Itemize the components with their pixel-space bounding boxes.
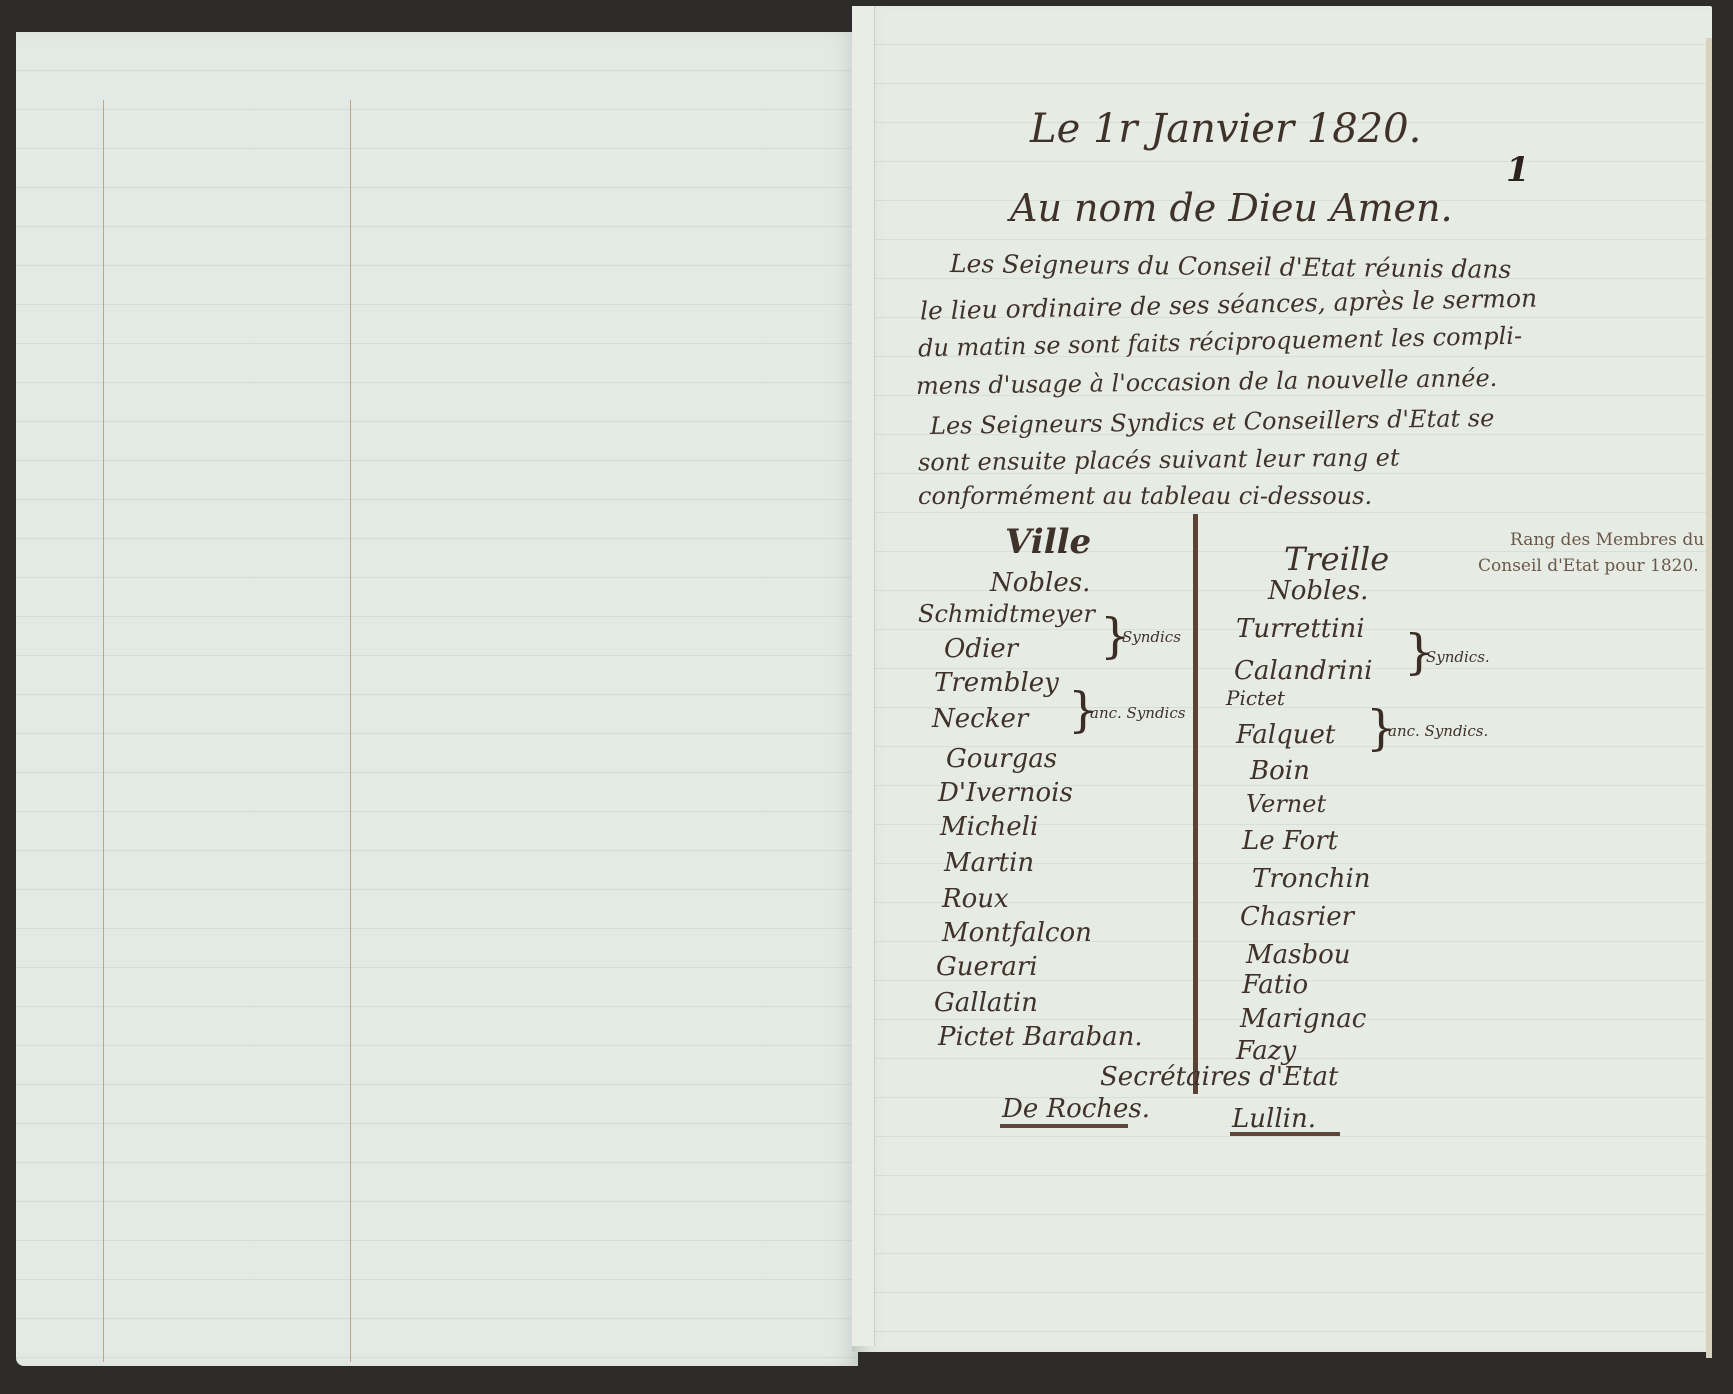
name-entry: Odier — [944, 634, 1018, 664]
column-subheading: Nobles. — [1268, 576, 1368, 606]
margin-note-line: Rang des Membres du — [1510, 530, 1704, 550]
name-entry: Fatio — [1242, 970, 1308, 1000]
name-entry: Calandrini — [1234, 656, 1372, 686]
name-entry: Montfalcon — [942, 918, 1092, 948]
name-entry: Gallatin — [934, 988, 1038, 1018]
bracket-label: Syndics. — [1426, 648, 1490, 666]
name-entry: Pictet — [1226, 686, 1285, 710]
page-gutter — [852, 6, 875, 1346]
name-entry: Marignac — [1240, 1004, 1366, 1034]
name-entry: Necker — [932, 704, 1028, 734]
secretaries-label: Secrétaires d'Etat — [1100, 1062, 1338, 1092]
name-entry: Gourgas — [946, 744, 1057, 774]
name-entry: Trembley — [934, 668, 1059, 698]
secretary-left: De Roches. — [1002, 1094, 1150, 1124]
name-entry: Vernet — [1246, 790, 1326, 818]
bracket-label: Syndics — [1122, 628, 1181, 646]
name-entry: Falquet — [1236, 720, 1335, 750]
column-heading: Ville — [1005, 522, 1091, 562]
name-entry: Schmidtmeyer — [918, 600, 1095, 628]
left-margin-line-1 — [103, 100, 104, 1362]
name-entry: Roux — [942, 884, 1009, 914]
secretary-right: Lullin. — [1232, 1104, 1316, 1134]
left-margin-line-2 — [350, 100, 351, 1362]
name-entry: Martin — [944, 848, 1034, 878]
underline-right — [1230, 1132, 1340, 1136]
bracket-label: anc. Syndics. — [1388, 722, 1488, 740]
name-entry: Tronchin — [1252, 864, 1371, 894]
left-page — [16, 32, 858, 1366]
paragraph-line: conformément au tableau ci-dessous. — [918, 482, 1372, 510]
column-divider — [1193, 514, 1198, 1094]
column-subheading: Nobles. — [990, 568, 1090, 598]
name-entry: Micheli — [940, 812, 1038, 842]
date-heading: Le 1r Janvier 1820. — [1030, 106, 1421, 152]
bracket-label: anc. Syndics — [1090, 704, 1185, 722]
name-entry: Guerari — [936, 952, 1038, 982]
underline-left — [1000, 1124, 1128, 1128]
name-entry: Boin — [1250, 756, 1310, 786]
page-edge — [1706, 38, 1712, 1358]
margin-note-line: Conseil d'Etat pour 1820. — [1478, 556, 1699, 576]
paragraph-line: Les Seigneurs du Conseil d'Etat réunis d… — [950, 249, 1512, 284]
name-entry: D'Ivernois — [938, 778, 1073, 808]
name-entry: Masbou — [1246, 940, 1351, 970]
page-number: 1 — [1506, 150, 1530, 190]
column-heading: Treille — [1284, 540, 1389, 578]
name-entry: Pictet Baraban. — [938, 1022, 1143, 1052]
paragraph-line: sont ensuite placés suivant leur rang et — [918, 443, 1400, 476]
name-entry: Turrettini — [1236, 614, 1365, 644]
name-entry: Chasrier — [1240, 902, 1354, 932]
name-entry: Le Fort — [1242, 826, 1338, 856]
invocation-heading: Au nom de Dieu Amen. — [1010, 186, 1453, 230]
